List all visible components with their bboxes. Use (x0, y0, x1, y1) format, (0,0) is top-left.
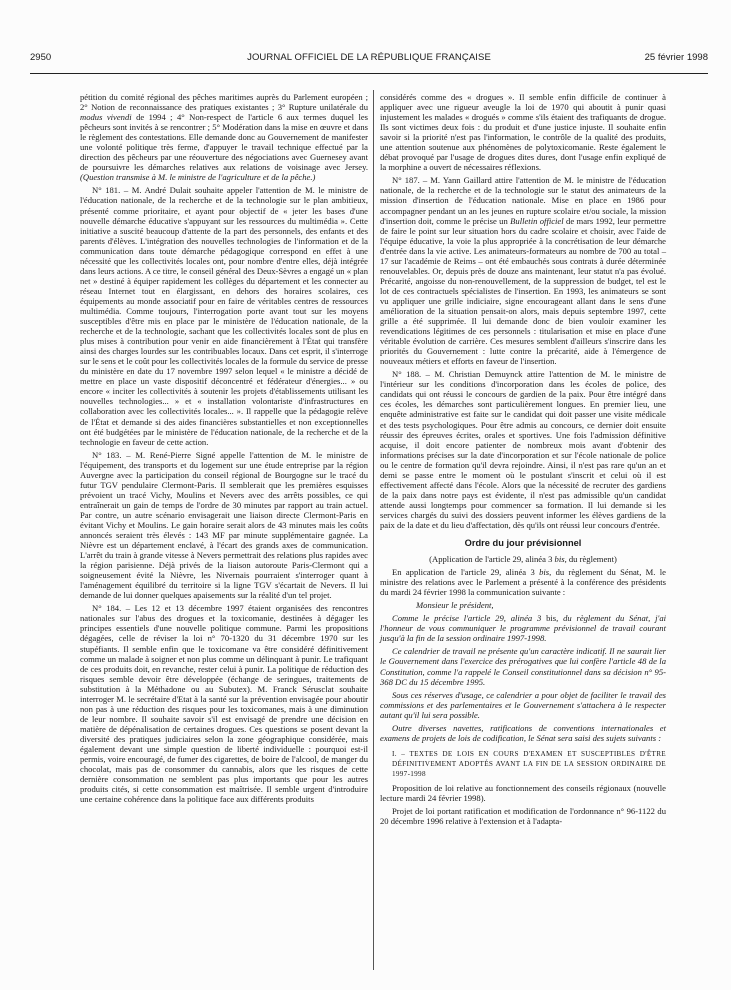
text: , du règlement) (565, 554, 617, 564)
text: (Application de l'article 29, alinéa 3 (429, 554, 554, 564)
left-column: pétition du comité régional des pêches m… (80, 92, 368, 807)
question-continuation: pétition du comité régional des pêches m… (80, 92, 368, 182)
page-header: 2950 JOURNAL OFFICIEL DE LA RÉPUBLIQUE F… (30, 52, 708, 68)
question-188: N° 188. – M. Christian Demuynck attire l… (380, 369, 666, 530)
italic-text: modus vivendi (80, 112, 132, 122)
text: de mars 1992, leur permettre de faire le… (380, 216, 666, 367)
right-column: considérés comme des « drogues ». Il sem… (380, 92, 666, 829)
italic-text: bis (539, 567, 549, 577)
transmission-note: (Question transmise à M. le ministre de … (80, 172, 315, 182)
issue-date: 25 février 1998 (645, 52, 708, 63)
list-heading: I. – TEXTES DE LOIS EN COURS D'EXAMEN ET… (380, 749, 666, 779)
italic-text: Bulletin officiel (510, 216, 563, 226)
list-item: Proposition de loi relative au fonctionn… (380, 783, 666, 803)
intro-paragraph: En application de l'article 29, alinéa 3… (380, 567, 666, 597)
question-181: N° 181. – M. André Dulait souhaite appel… (80, 185, 368, 446)
section-title: Ordre du jour prévisionnel (380, 538, 666, 548)
roman-text: bis (546, 613, 556, 623)
italic-text: bis (555, 554, 565, 564)
text: Comme le précise l'article 29, alinéa 3 (392, 613, 546, 623)
text: En application de l'article 29, alinéa 3 (392, 567, 539, 577)
letter-salutation: Monsieur le président, (380, 600, 666, 610)
question-183: N° 183. – M. René-Pierre Signé appelle l… (80, 450, 368, 601)
question-184-continuation: considérés comme des « drogues ». Il sem… (380, 92, 666, 172)
journal-title: JOURNAL OFFICIEL DE LA RÉPUBLIQUE FRANÇA… (30, 52, 708, 63)
column-divider (373, 90, 374, 970)
list-item: Projet de loi portant ratification et mo… (380, 806, 666, 826)
header-rule (30, 73, 708, 74)
letter-paragraph: Outre diverses navettes, ratifications d… (380, 723, 666, 743)
text: pétition du comité régional des pêches m… (80, 92, 368, 112)
question-187: N° 187. – M. Yann Gaillard attire l'atte… (380, 175, 666, 366)
question-184: N° 184. – Les 12 et 13 décembre 1997 éta… (80, 603, 368, 804)
letter-paragraph: Ce calendrier de travail ne présente qu'… (380, 646, 666, 686)
section-subtitle: (Application de l'article 29, alinéa 3 b… (380, 554, 666, 564)
letter-paragraph: Comme le précise l'article 29, alinéa 3 … (380, 613, 666, 643)
letter-paragraph: Sous ces réserves d'usage, ce calendrier… (380, 690, 666, 720)
